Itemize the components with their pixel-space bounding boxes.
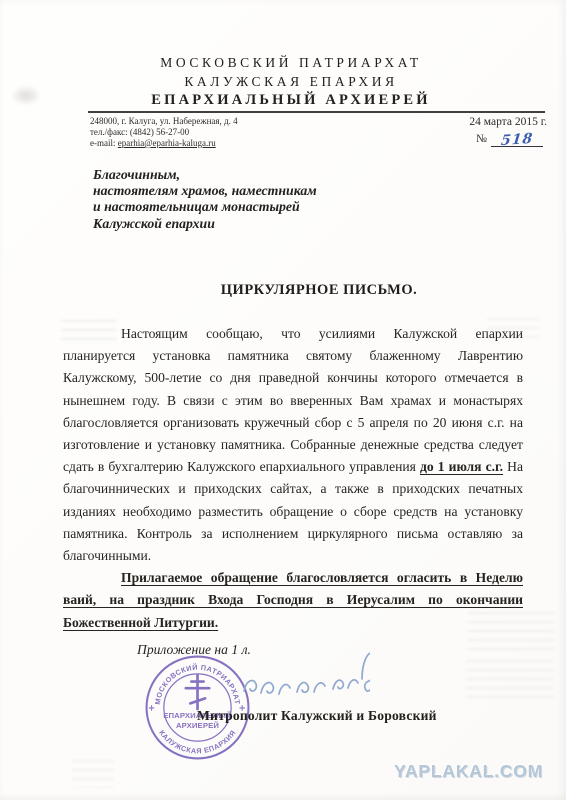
letter-date: 24 марта 2015 г. [469,115,547,129]
number-underline: 518 [491,131,543,147]
letterhead-eparchy: КАЛУЖСКАЯ ЕПАРХИЯ [8,72,566,91]
contact-address: 248000, г. Калуга, ул. Набережная, д. 4 [90,116,238,127]
letterhead-patriarchate: МОСКОВСКИЙ ПАТРИАРХАТ [8,53,566,72]
orthodox-cross-icon [186,675,209,709]
addressee-line: Благочинным, [93,167,317,183]
contact-block: 248000, г. Калуга, ул. Набережная, д. 4 … [90,116,238,149]
addressee-line: Калужской епархии [93,216,317,232]
deadline-emphasis: до 1 июля с.г. [420,459,503,474]
print-through-artifact [72,760,114,788]
svg-text:КАЛУЖСКАЯ ЕПАРХИЯ: КАЛУЖСКАЯ ЕПАРХИЯ [157,728,237,755]
paragraph-main-text: Настоящим сообщаю, что усилиями Калужско… [63,326,523,474]
letter-title: ЦИРКУЛЯРНОЕ ПИСЬМО. [221,282,417,299]
letterhead-divider [88,111,545,113]
contact-email-label: e-mail: [90,138,118,148]
paragraph-main: Настоящим сообщаю, что усилиями Калужско… [63,323,523,567]
signature-scribble [238,646,370,708]
paragraph-announcement: Прилагаемое обращение благословляется ог… [63,567,523,634]
site-watermark: YAPLAKAL.COM [394,761,543,782]
stamp-arc-bottom-text: КАЛУЖСКАЯ ЕПАРХИЯ [157,728,237,755]
print-through-artifact [466,660,554,702]
letterhead-diocesan-bishop: ЕПАРХИАЛЬНЫЙ АРХИЕРЕЙ [8,91,566,110]
paragraph-main-text-continued: На благочиннических и приходских сайтах,… [63,459,523,563]
stamp-separator-left: ✛ [149,705,155,713]
contact-email: eparhia@eparhia-kaluga.ru [118,138,216,148]
signatory-name: Митрополит Калужский и Боровский [197,708,437,724]
handwritten-number: 518 [500,132,534,148]
letterhead: МОСКОВСКИЙ ПАТРИАРХАТ КАЛУЖСКАЯ ЕПАРХИЯ … [8,53,566,110]
number-sign: № [476,133,487,145]
scanned-letter-page: МОСКОВСКИЙ ПАТРИАРХАТ КАЛУЖСКАЯ ЕПАРХИЯ … [0,0,566,800]
letter-number-row: №518 [469,131,547,147]
date-block: 24 марта 2015 г. №518 [469,115,547,147]
contact-email-row: e-mail: eparhia@eparhia-kaluga.ru [90,138,238,149]
addressee-line: настоятелям храмов, наместникам [93,183,317,199]
addressee-line: и настоятельницам монастырей [93,199,317,215]
addressee-block: Благочинным, настоятелям храмов, наместн… [93,167,317,232]
letter-body: Настоящим сообщаю, что усилиями Калужско… [63,323,523,661]
contact-phone: тел./факс: (4842) 56-27-00 [90,127,238,138]
